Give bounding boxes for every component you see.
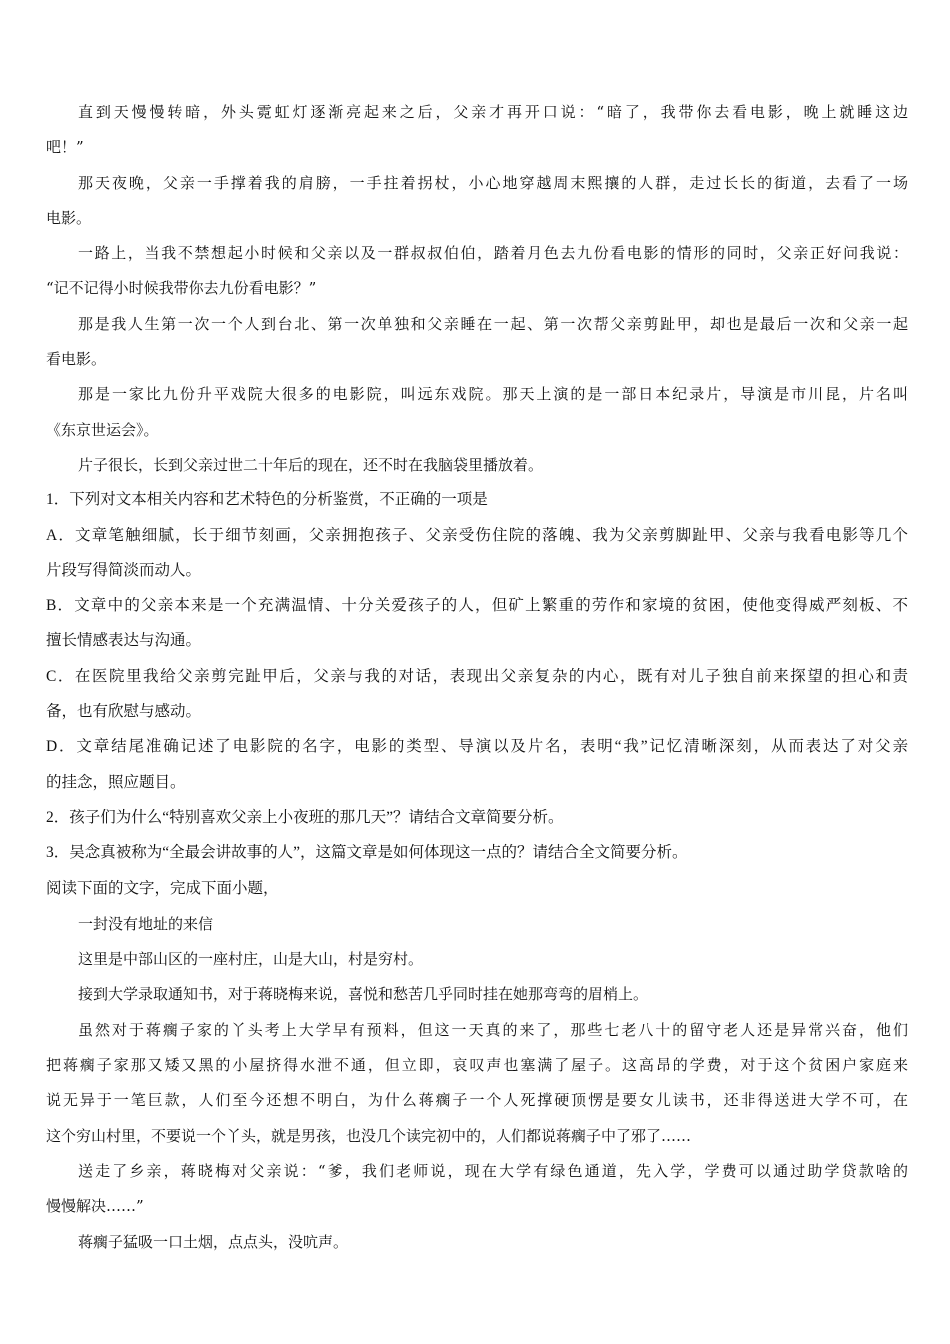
- paragraph-line: 直到天慢慢转暗，外头霓虹灯逐渐亮起来之后，父亲才再开口说：“暗了，我带你去看电影…: [46, 99, 908, 134]
- paragraph-line: 电影。: [46, 205, 908, 240]
- passage-2: 一封没有地址的来信 这里是中部山区的一座村庄，山是大山，村是穷村。 接到大学录取…: [46, 911, 908, 1264]
- option-d: D．文章结尾准确记述了电影院的名字，电影的类型、导演以及片名，表明“我”记忆清晰…: [46, 734, 908, 769]
- paragraph-line: 送走了乡亲，蒋晓梅对父亲说：“爹，我们老师说，现在大学有绿色通道，先入学，学费可…: [46, 1158, 908, 1193]
- paragraph-line: 说无异于一笔巨款，人们至今还想不明白，为什么蒋瘸子一个人死撑硬顶愣是要女儿读书，…: [46, 1087, 908, 1122]
- passage-title: 一封没有地址的来信: [46, 911, 908, 946]
- paragraph-line: 那是一家比九份升平戏院大很多的电影院，叫远东戏院。那天上演的是一部日本纪录片，导…: [46, 381, 908, 416]
- paragraph-line: 虽然对于蒋瘸子家的丫头考上大学早有预料，但这一天真的来了，那些七老八十的留守老人…: [46, 1017, 908, 1052]
- paragraph-line: 看电影。: [46, 346, 908, 381]
- paragraph-line: 《东京世运会》。: [46, 417, 908, 452]
- paragraph-line: 慢慢解决……”: [46, 1193, 908, 1228]
- document-page: 直到天慢慢转暗，外头霓虹灯逐渐亮起来之后，父亲才再开口说：“暗了，我带你去看电影…: [46, 99, 908, 1264]
- question-3: 3．吴念真被称为“全最会讲故事的人”，这篇文章是如何体现这一点的？请结合全文简要…: [46, 840, 908, 875]
- option-a-cont: 片段写得简淡而动人。: [46, 558, 908, 593]
- passage-1: 直到天慢慢转暗，外头霓虹灯逐渐亮起来之后，父亲才再开口说：“暗了，我带你去看电影…: [46, 99, 908, 487]
- option-b-cont: 擅长情感表达与沟通。: [46, 628, 908, 663]
- reading-instruction: 阅读下面的文字，完成下面小题，: [46, 876, 908, 911]
- question-2: 2．孩子们为什么“特别喜欢父亲上小夜班的那几天”？请结合文章简要分析。: [46, 805, 908, 840]
- option-b: B．文章中的父亲本来是一个充满温情、十分关爱孩子的人，但矿上繁重的劳作和家境的贫…: [46, 593, 908, 628]
- paragraph-line: 蒋瘸子猛吸一口土烟，点点头，没吭声。: [46, 1229, 908, 1264]
- paragraph-line: 那天夜晚，父亲一手撑着我的肩膀，一手拄着拐杖，小心地穿越周末熙攘的人群，走过长长…: [46, 170, 908, 205]
- option-a: A．文章笔触细腻，长于细节刻画，父亲拥抱孩子、父亲受伤住院的落魄、我为父亲剪脚趾…: [46, 523, 908, 558]
- question-1: 1．下列对文本相关内容和艺术特色的分析鉴赏，不正确的一项是: [46, 487, 908, 522]
- paragraph-line: 这里是中部山区的一座村庄，山是大山，村是穷村。: [46, 946, 908, 981]
- paragraph-line: 吧！”: [46, 134, 908, 169]
- questions-section: 1．下列对文本相关内容和艺术特色的分析鉴赏，不正确的一项是 A．文章笔触细腻，长…: [46, 487, 908, 911]
- paragraph-line: 这个穷山村里，不要说一个丫头，就是男孩，也没几个读完初中的，人们都说蒋瘸子中了邪…: [46, 1123, 908, 1158]
- paragraph-line: 把蒋瘸子家那又矮又黑的小屋挤得水泄不通，但立即，哀叹声也塞满了屋子。这高昂的学费…: [46, 1052, 908, 1087]
- paragraph-line: 那是我人生第一次一个人到台北、第一次单独和父亲睡在一起、第一次帮父亲剪趾甲，却也…: [46, 311, 908, 346]
- option-c: C．在医院里我给父亲剪完趾甲后，父亲与我的对话，表现出父亲复杂的内心，既有对儿子…: [46, 664, 908, 699]
- paragraph-line: 一路上，当我不禁想起小时候和父亲以及一群叔叔伯伯，踏着月色去九份看电影的情形的同…: [46, 240, 908, 275]
- option-c-cont: 备，也有欣慰与感动。: [46, 699, 908, 734]
- paragraph-line: “记不记得小时候我带你去九份看电影？”: [46, 275, 908, 310]
- paragraph-line: 接到大学录取通知书，对于蒋晓梅来说，喜悦和愁苦几乎同时挂在她那弯弯的眉梢上。: [46, 981, 908, 1016]
- paragraph-line: 片子很长，长到父亲过世二十年后的现在，还不时在我脑袋里播放着。: [46, 452, 908, 487]
- option-d-cont: 的挂念，照应题目。: [46, 770, 908, 805]
